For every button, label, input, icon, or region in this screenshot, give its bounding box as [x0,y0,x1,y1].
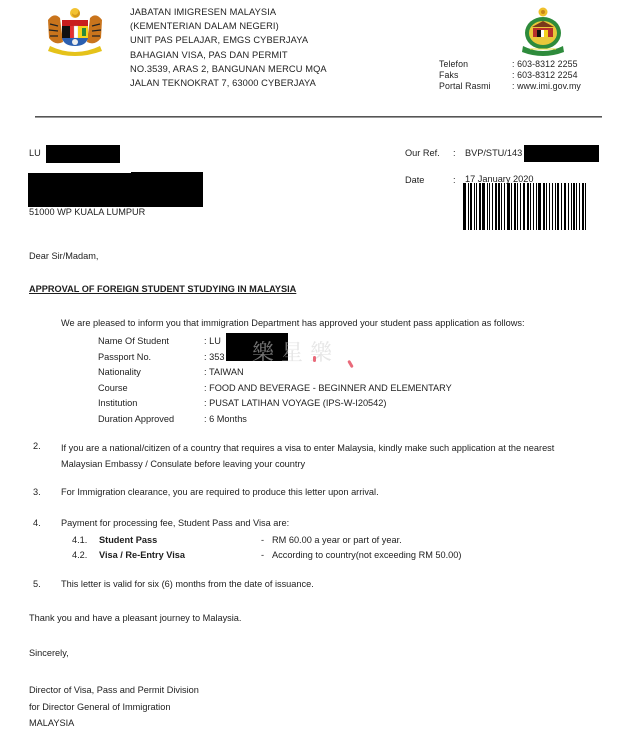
paragraph-clearance: For Immigration clearance, you are requi… [61,487,379,498]
paragraph-visa: If you are a national/citizen of a count… [61,441,554,472]
ref-value: BVP/STU/143 [465,148,522,159]
barcode-bar [530,183,531,230]
barcode-bar [520,183,521,230]
redaction-box [131,172,203,186]
barcode-bar [474,183,475,230]
redaction-box [46,145,120,163]
barcode-bar [579,183,580,230]
recipient-city: 51000 WP KUALA LUMPUR [29,207,145,218]
closing-sincerely: Sincerely, [29,648,69,659]
salutation: Dear Sir/Madam, [29,251,98,262]
detail-label: Name Of Student [98,334,174,350]
watermark-mark [313,356,316,362]
barcode-bar [504,183,505,230]
detail-label: Institution [98,396,174,412]
fee-number: 4.2. [72,548,87,563]
recipient-name: LU [29,148,41,159]
fee-value: RM 60.00 a year or part of year. [272,533,461,548]
barcode-bar [576,183,577,230]
fee-items: Student Pass Visa / Re-Entry Visa [99,533,185,563]
agency-line: (KEMENTERIAN DALAM NEGERI) [130,19,327,33]
agency-line: BAHAGIAN VISA, PAS DAN PERMIT [130,48,327,62]
fee-numbers: 4.1. 4.2. [72,533,87,563]
barcode-bar [533,183,534,230]
barcode-bar [543,183,545,230]
ref-label: Our Ref. [405,148,440,159]
barcode-bar [585,183,586,230]
barcode-bar [470,183,472,230]
barcode-bar [527,183,529,230]
barcode-bar [552,183,553,230]
detail-value-nationality: : TAIWAN [204,365,452,381]
coat-of-arms-icon [42,6,108,58]
paragraph-number: 5. [33,579,41,590]
contact-label-faks: Faks [439,70,491,81]
fee-values: RM 60.00 a year or part of year. Accordi… [272,533,461,563]
fee-dash: - [261,548,264,563]
date-colon: : [453,175,456,186]
barcode-bar [498,183,500,230]
contact-value-telefon: : 603-8312 2255 [512,59,581,70]
barcode-bar [487,183,488,230]
signature-line: for Director General of Immigration [29,699,199,716]
agency-line: JALAN TEKNOKRAT 7, 63000 CYBERJAYA [130,76,327,90]
intro-paragraph: We are pleased to inform you that immigr… [61,318,525,329]
detail-label: Duration Approved [98,412,174,428]
fee-value: According to country(not exceeding RM 50… [272,548,461,563]
agency-line: JABATAN IMIGRESEN MALAYSIA [130,5,327,19]
agency-line: NO.3539, ARAS 2, BANGUNAN MERCU MQA [130,62,327,76]
paragraph-payment: Payment for processing fee, Student Pass… [61,518,289,529]
detail-labels: Name Of Student Passport No. Nationality… [98,334,174,428]
detail-value-course: : FOOD AND BEVERAGE - BEGINNER AND ELEME… [204,381,452,397]
signature-line: Director of Visa, Pass and Permit Divisi… [29,682,199,699]
barcode-bar [555,183,556,230]
fee-dash: - [261,533,264,548]
barcode-bar [463,183,466,230]
signature-block: Director of Visa, Pass and Permit Divisi… [29,682,199,732]
barcode-bar [511,183,512,230]
contact-value-faks: : 603-8312 2254 [512,70,581,81]
watermark: 樂 星 樂 [252,341,332,367]
contact-value-portal: : www.imi.gov.my [512,81,581,92]
barcode-bar [549,183,551,230]
barcode-bar [517,183,518,230]
detail-label: Nationality [98,365,174,381]
closing-thanks: Thank you and have a pleasant journey to… [29,613,241,624]
barcode-bar [495,183,497,230]
agency-line: UNIT PAS PELAJAR, EMGS CYBERJAYA [130,33,327,47]
fee-item: Visa / Re-Entry Visa [99,548,185,563]
detail-label: Passport No. [98,350,174,366]
barcode-bar [479,183,481,230]
contact-values: : 603-8312 2255 : 603-8312 2254 : www.im… [512,59,581,92]
paragraph-number: 2. [33,441,41,452]
contact-label-portal: Portal Rasmi [439,81,491,92]
immigration-crest-icon [520,6,566,58]
paragraph-number: 4. [33,518,41,529]
barcode-bar [571,183,572,230]
barcode-bar [492,183,493,230]
detail-value-duration: : 6 Months [204,412,452,428]
barcode-bar [482,183,485,230]
barcode-bar [582,183,584,230]
ref-colon: : [453,148,456,159]
header-divider [35,116,602,118]
barcode-bar [523,183,526,230]
fee-dashes: - - [261,533,264,563]
barcode-bar [476,183,477,230]
letter-subject: APPROVAL OF FOREIGN STUDENT STUDYING IN … [29,284,296,295]
signature-line: MALAYSIA [29,715,199,732]
agency-address-block: JABATAN IMIGRESEN MALAYSIA (KEMENTERIAN … [130,5,327,90]
barcode-bar [564,183,567,230]
paragraph-validity: This letter is valid for six (6) months … [61,579,314,590]
date-label: Date [405,175,424,186]
barcode [463,183,588,230]
detail-label: Course [98,381,174,397]
barcode-bar [507,183,510,230]
contact-labels: Telefon Faks Portal Rasmi [439,59,491,92]
barcode-bar [573,183,575,230]
barcode-bar [557,183,559,230]
barcode-bar [536,183,537,230]
redaction-box [524,145,599,162]
barcode-bar [489,183,490,230]
barcode-bar [501,183,502,230]
barcode-bar [546,183,547,230]
paragraph-line: If you are a national/citizen of a count… [61,441,554,457]
paragraph-line: Malaysian Embassy / Consulate before lea… [61,457,554,473]
fee-item: Student Pass [99,533,185,548]
contact-label-telefon: Telefon [439,59,491,70]
barcode-bar [568,183,569,230]
fee-number: 4.1. [72,533,87,548]
barcode-bar [538,183,541,230]
paragraph-number: 3. [33,487,41,498]
detail-value-institution: : PUSAT LATIHAN VOYAGE (IPS-W-I20542) [204,396,452,412]
barcode-bar [468,183,469,230]
barcode-bar [514,183,516,230]
barcode-bar [561,183,562,230]
